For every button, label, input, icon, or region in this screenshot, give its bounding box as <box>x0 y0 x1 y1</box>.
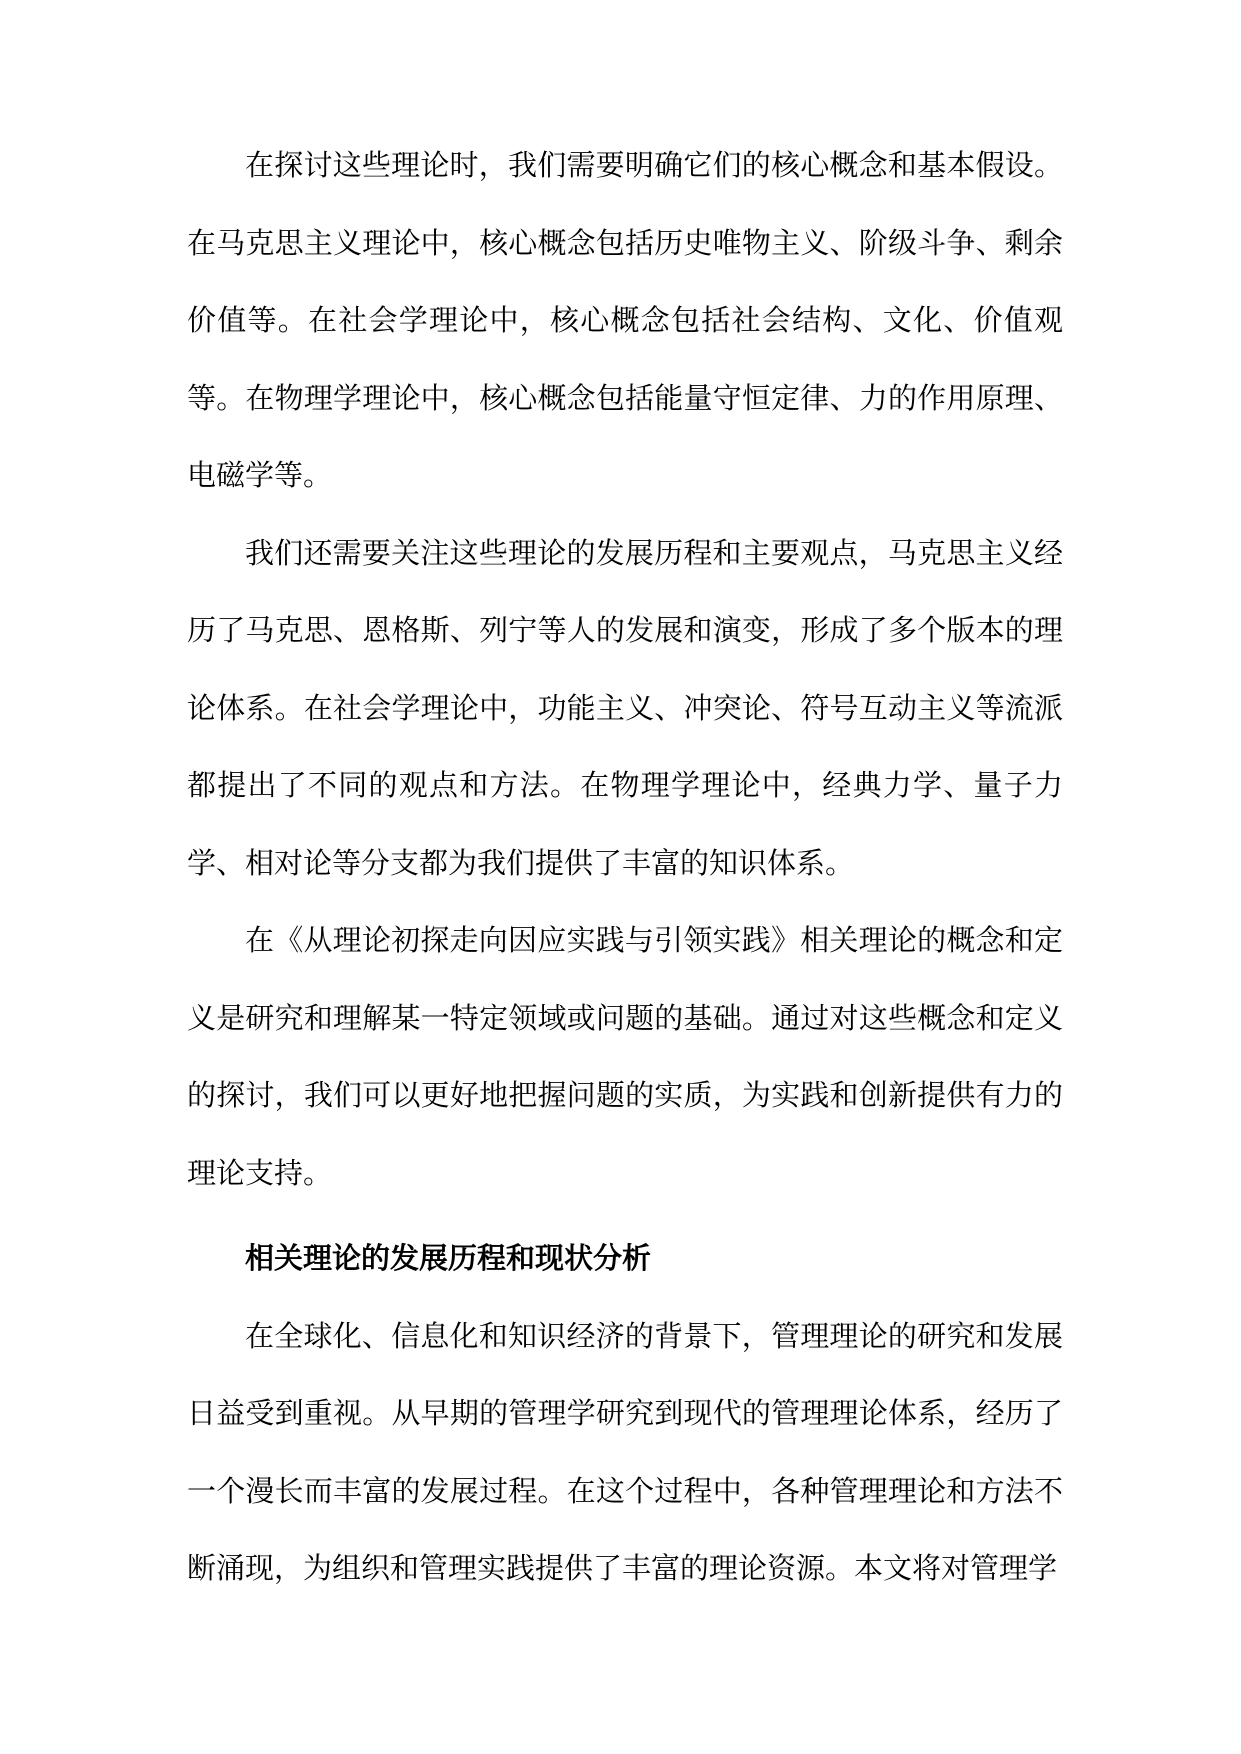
document-body: 在探讨这些理论时，我们需要明确它们的核心概念和基本假设。在马克思主义理论中，核心… <box>187 128 1063 1609</box>
paragraph-management-theory: 在全球化、信息化和知识经济的背景下，管理理论的研究和发展日益受到重视。从早期的管… <box>187 1299 1063 1609</box>
paragraph-book-reference: 在《从理论初探走向因应实践与引领实践》相关理论的概念和定义是研究和理解某一特定领… <box>187 903 1063 1213</box>
paragraph-core-concepts: 在探讨这些理论时，我们需要明确它们的核心概念和基本假设。在马克思主义理论中，核心… <box>187 128 1063 516</box>
document-page: 在探讨这些理论时，我们需要明确它们的核心概念和基本假设。在马克思主义理论中，核心… <box>0 0 1241 1754</box>
section-heading: 相关理论的发展历程和现状分析 <box>187 1221 1063 1299</box>
paragraph-theory-development: 我们还需要关注这些理论的发展历程和主要观点，马克思主义经历了马克思、恩格斯、列宁… <box>187 516 1063 904</box>
